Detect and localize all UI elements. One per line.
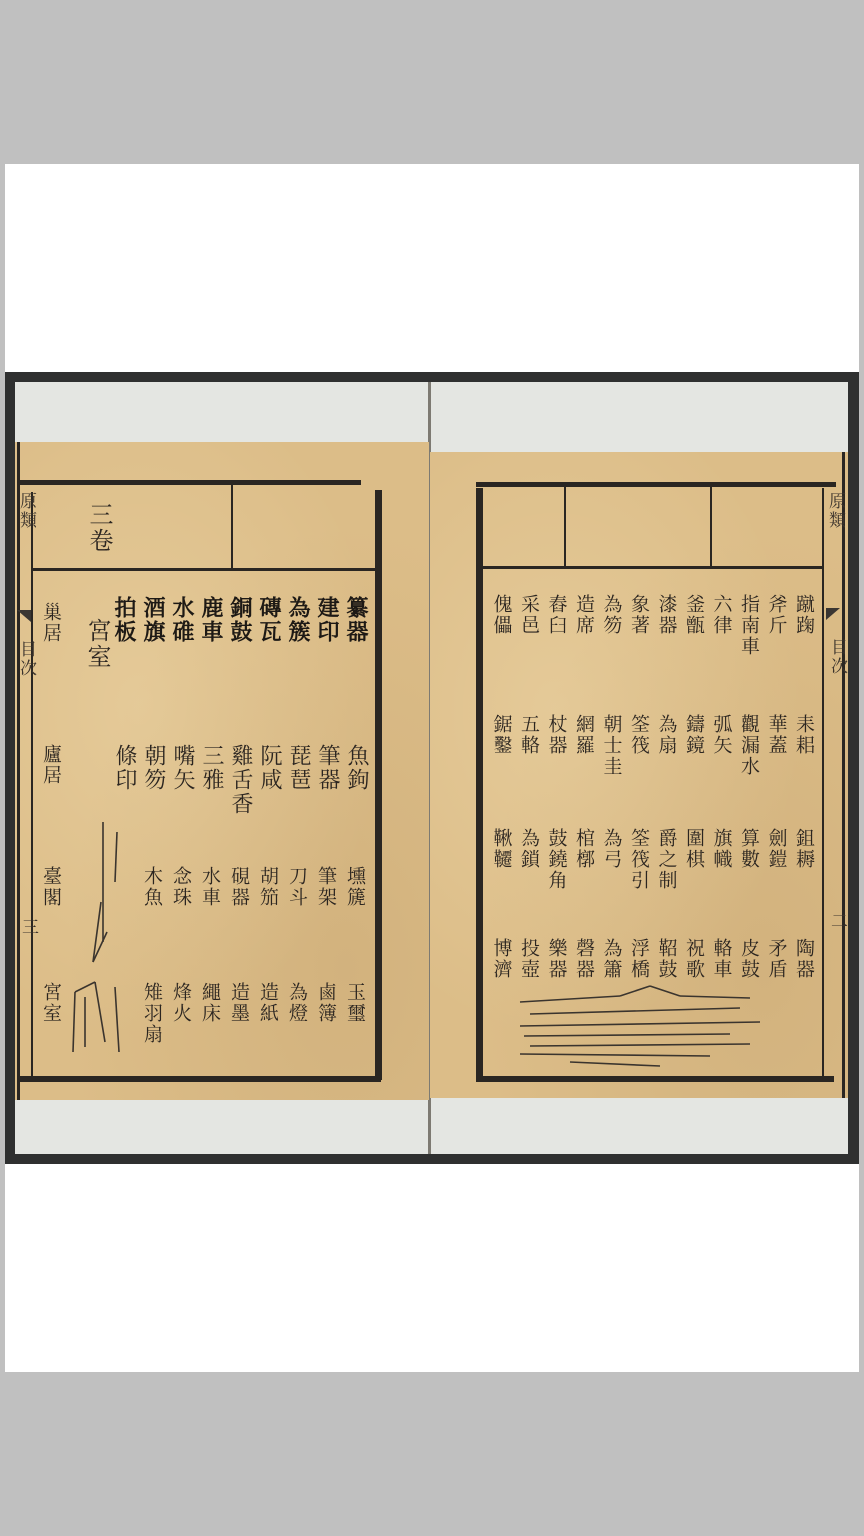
toc-entry: 玉璽 xyxy=(345,982,364,1024)
toc-entry: 鹿車 xyxy=(200,596,222,644)
toc-entry: 酒旗 xyxy=(142,596,164,644)
toc-entry: 廬居 xyxy=(41,744,60,786)
header-cell-divider-2 xyxy=(710,486,712,566)
ink-smudge-illustration xyxy=(55,822,135,1062)
fishtail-mark xyxy=(826,608,840,632)
toc-entry: 鹵簿 xyxy=(316,982,335,1024)
toc-entry: 劍鎧 xyxy=(767,828,786,870)
toc-entry: 爵之制 xyxy=(657,828,676,891)
toc-entry: 矛盾 xyxy=(767,938,786,980)
toc-entry: 阮咸 xyxy=(258,744,280,792)
frame-top xyxy=(476,482,836,487)
toc-entry: 魚鉤 xyxy=(345,744,367,792)
toc-entry: 皮鼓 xyxy=(739,938,758,980)
margin-line xyxy=(842,452,845,1098)
toc-entry: 木魚 xyxy=(142,866,161,908)
toc-entry: 弧矢 xyxy=(712,714,731,756)
toc-entry: 雞舌香 xyxy=(229,744,251,816)
margin-title-bottom: 目次 xyxy=(17,640,34,678)
toc-entry: 鞦韆 xyxy=(492,828,511,870)
frame-bottom xyxy=(476,1076,834,1082)
toc-entry: 鞀鼓 xyxy=(657,938,676,980)
toc-entry: 樂器 xyxy=(547,938,566,980)
frame-inner-right xyxy=(822,488,824,1076)
toc-entry: 造墨 xyxy=(229,982,248,1024)
toc-entry: 條印 xyxy=(113,744,135,792)
toc-entry: 耒耜 xyxy=(794,714,813,756)
frame-bottom xyxy=(19,1076,381,1082)
toc-entry: 胡笳 xyxy=(258,866,277,908)
frame-top xyxy=(19,480,361,485)
section-heading: 宮室 xyxy=(85,618,109,670)
frame-right xyxy=(375,490,382,1080)
toc-entry: 筆器 xyxy=(316,744,338,792)
toc-entry: 象著 xyxy=(629,594,648,636)
toc-entry: 投壺 xyxy=(519,938,538,980)
toc-entry: 為簇 xyxy=(287,596,309,644)
toc-entry: 三雅 xyxy=(200,744,222,792)
left-page: 原類 目次 三 三卷 纂器建印為簇磚瓦銅鼓鹿車水碓酒旗拍板 魚鉤筆器琵琶阮咸雞舌… xyxy=(15,442,429,1100)
toc-entry: 觀漏水 xyxy=(739,714,758,777)
margin-line xyxy=(17,442,20,1100)
toc-entry: 杖器 xyxy=(547,714,566,756)
toc-entry: 斧斤 xyxy=(767,594,786,636)
toc-entry: 朝士圭 xyxy=(602,714,621,777)
toc-entry: 網羅 xyxy=(574,714,593,756)
toc-entry: 圍棋 xyxy=(684,828,703,870)
toc-entry: 鉏耨 xyxy=(794,828,813,870)
toc-entry: 采邑 xyxy=(519,594,538,636)
toc-entry: 陶器 xyxy=(794,938,813,980)
toc-entry: 為扇 xyxy=(657,714,676,756)
toc-entry: 為簫 xyxy=(602,938,621,980)
toc-entry: 拍板 xyxy=(113,596,135,644)
toc-entry: 舂臼 xyxy=(547,594,566,636)
toc-entry: 磬器 xyxy=(574,938,593,980)
toc-entry: 輅車 xyxy=(712,938,731,980)
right-page: 原類 目次 二 蹴踘斧斤指南車六律釜甑漆器象著為笏造席舂臼采邑傀儡 耒耜華蓋觀漏… xyxy=(430,452,848,1098)
toc-entry: 硯器 xyxy=(229,866,248,908)
toc-entry: 為燈 xyxy=(287,982,306,1024)
toc-entry: 造紙 xyxy=(258,982,277,1024)
toc-entry: 造席 xyxy=(574,594,593,636)
toc-entry: 雉羽扇 xyxy=(142,982,161,1045)
margin-title-bottom: 目次 xyxy=(828,638,845,676)
toc-entry: 刀斗 xyxy=(287,866,306,908)
toc-entry: 算數 xyxy=(739,828,758,870)
book-scan[interactable]: 原類 目次 三 三卷 纂器建印為簇磚瓦銅鼓鹿車水碓酒旗拍板 魚鉤筆器琵琶阮咸雞舌… xyxy=(5,372,859,1164)
toc-entry: 博濟 xyxy=(492,938,511,980)
toc-entry: 浮橋 xyxy=(629,938,648,980)
toc-entry: 華蓋 xyxy=(767,714,786,756)
toc-entry: 磚瓦 xyxy=(258,596,280,644)
toc-entry: 纂器 xyxy=(345,596,367,644)
toc-entry: 鋸鑿 xyxy=(492,714,511,756)
frame-inner-left xyxy=(31,492,33,1076)
margin-page-number: 三 xyxy=(19,918,36,937)
fishtail-mark xyxy=(17,610,31,634)
header-cell-divider xyxy=(231,485,233,569)
toc-entry: 釜甑 xyxy=(684,594,703,636)
toc-entry: 鑄鏡 xyxy=(684,714,703,756)
toc-entry: 繩床 xyxy=(200,982,219,1024)
frame-left xyxy=(476,488,483,1078)
toc-entry: 指南車 xyxy=(739,594,758,657)
margin-title-top: 原類 xyxy=(826,492,843,530)
header-divider xyxy=(33,568,375,571)
toc-entry: 水碓 xyxy=(171,596,193,644)
header-cell-divider-1 xyxy=(564,486,566,566)
toc-entry: 烽火 xyxy=(171,982,190,1024)
toc-entry: 鼓鐃角 xyxy=(547,828,566,891)
toc-entry: 蹴踘 xyxy=(794,594,813,636)
toc-entry: 筆架 xyxy=(316,866,335,908)
toc-entry: 為笏 xyxy=(602,594,621,636)
toc-entry: 棺槨 xyxy=(574,828,593,870)
margin-page-number: 二 xyxy=(828,912,845,931)
toc-entry: 嘴矢 xyxy=(171,744,193,792)
toc-entry: 旗幟 xyxy=(712,828,731,870)
volume-label: 三卷 xyxy=(87,502,111,554)
header-divider xyxy=(482,566,822,569)
toc-entry: 六律 xyxy=(712,594,731,636)
toc-entry: 建印 xyxy=(316,596,338,644)
toc-entry: 筌筏 xyxy=(629,714,648,756)
toc-entry: 筌筏引 xyxy=(629,828,648,891)
toc-entry: 朝笏 xyxy=(142,744,164,792)
toc-entry: 祝歌 xyxy=(684,938,703,980)
toc-entry: 念珠 xyxy=(171,866,190,908)
toc-entry: 傀儡 xyxy=(492,594,511,636)
toc-entry: 巢居 xyxy=(41,602,60,644)
toc-entry: 為鎖 xyxy=(519,828,538,870)
toc-entry: 漆器 xyxy=(657,594,676,636)
toc-entry: 為弓 xyxy=(602,828,621,870)
toc-entry: 五輅 xyxy=(519,714,538,756)
woodblock-illustration xyxy=(510,982,770,1072)
toc-entry: 水車 xyxy=(200,866,219,908)
toc-entry: 琵琶 xyxy=(287,744,309,792)
toc-entry: 壎篪 xyxy=(345,866,364,908)
toc-entry: 銅鼓 xyxy=(229,596,251,644)
margin-title-top: 原類 xyxy=(17,492,34,530)
